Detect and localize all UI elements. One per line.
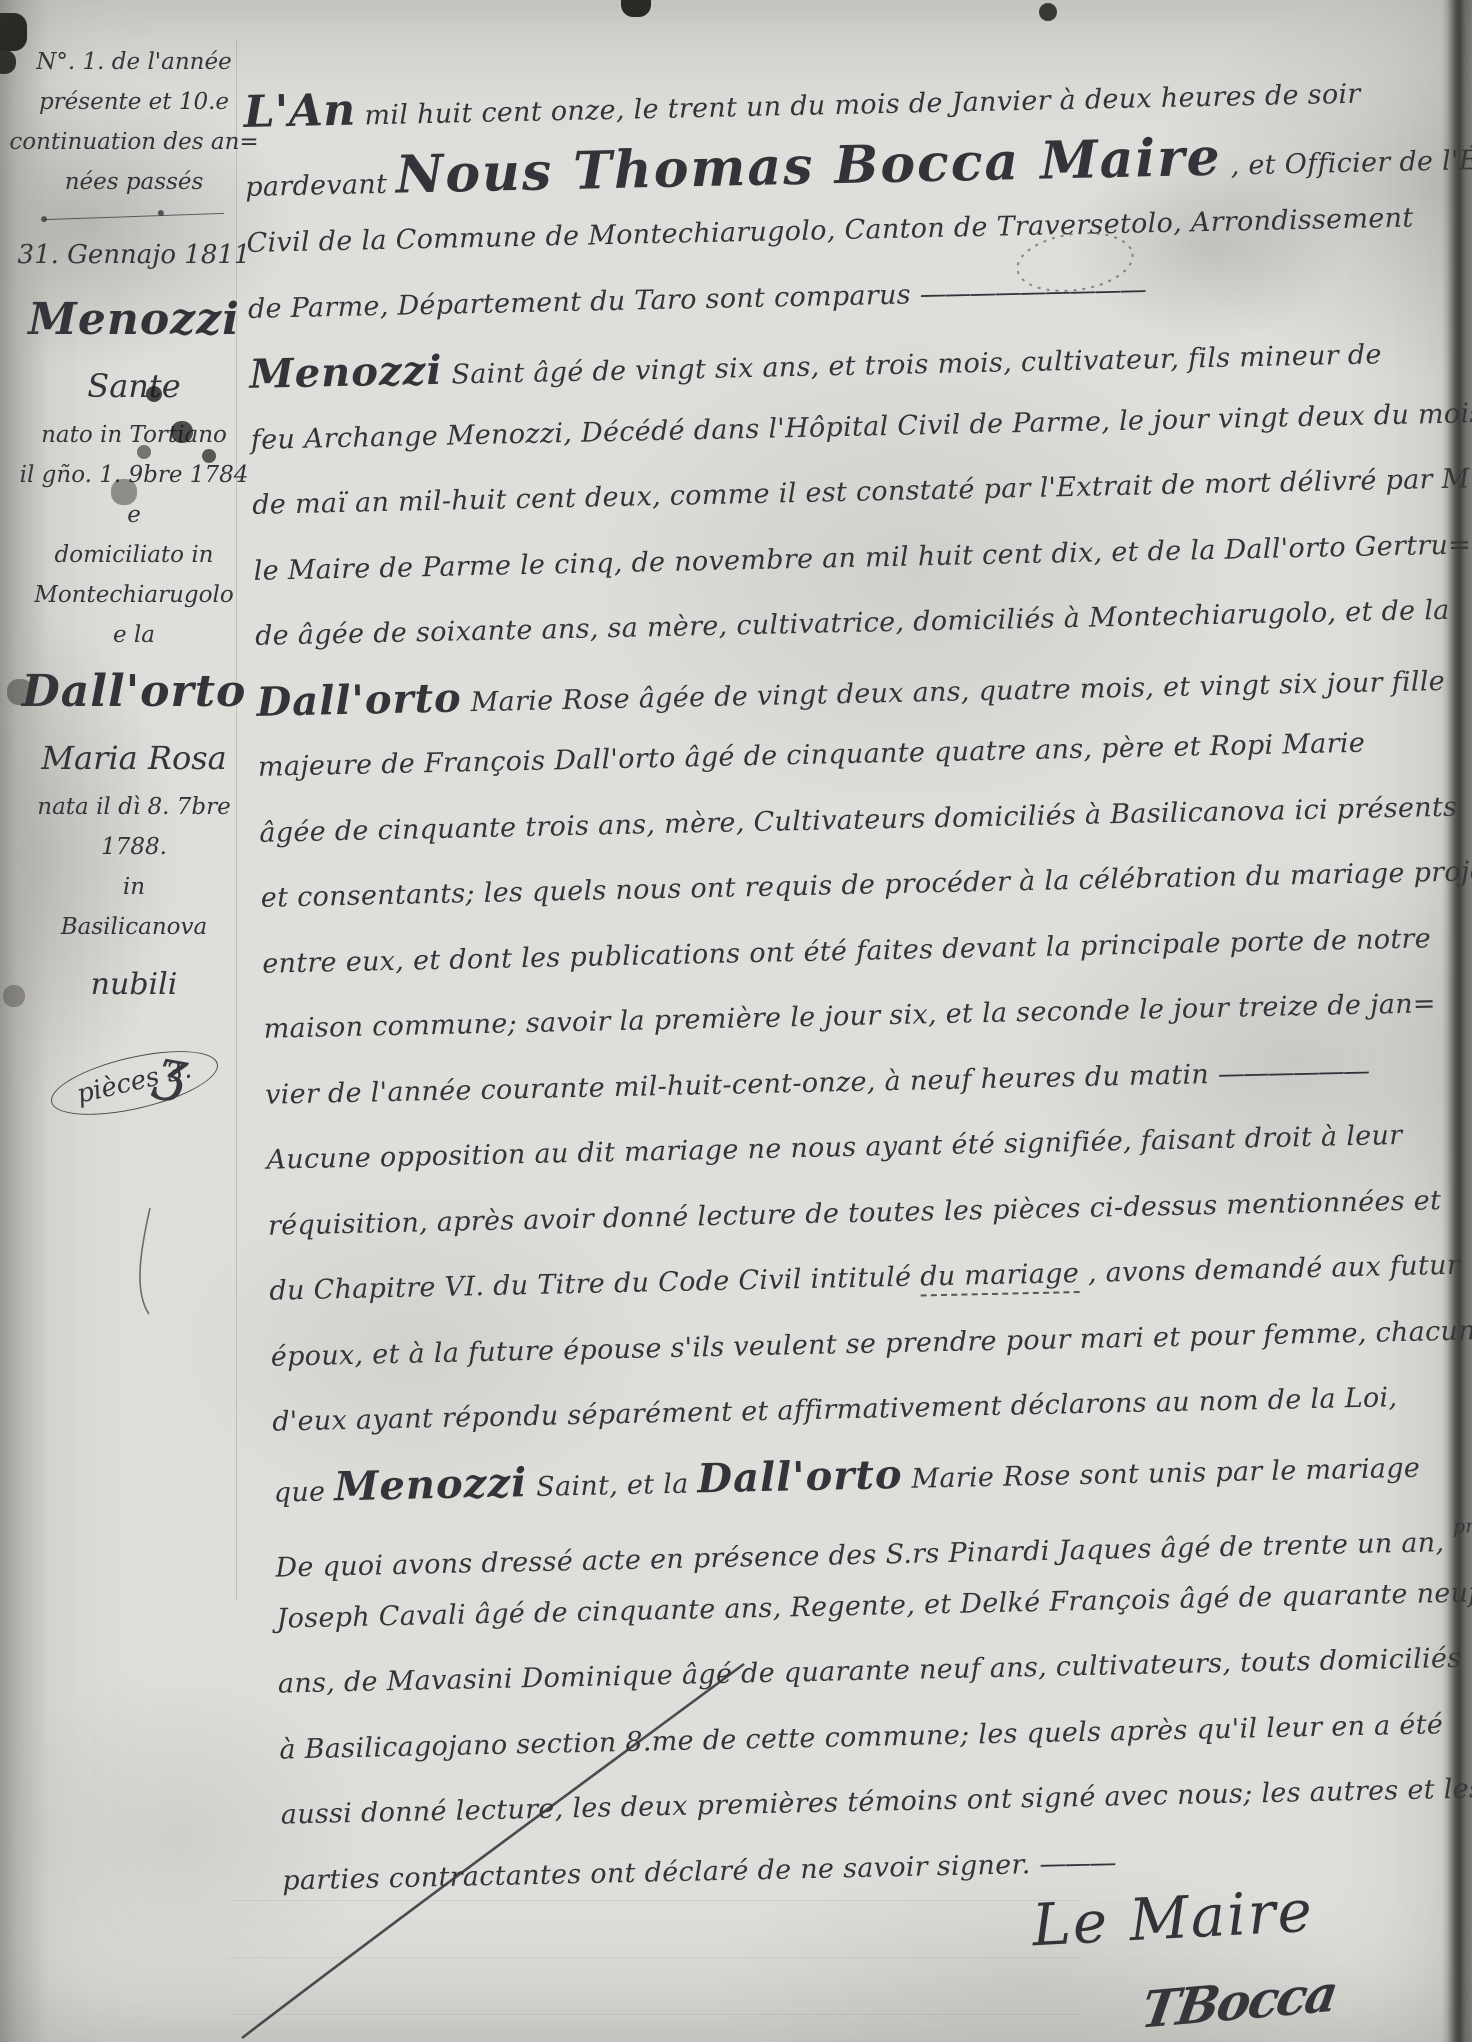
margin-note-line: il gño. 1. 9bre 1784 [20, 455, 249, 495]
margin-note-line: Dall'orto [22, 655, 247, 729]
margin-note-line: e la [113, 615, 155, 655]
signature-role: Le Maire [1030, 1877, 1315, 1960]
margin-note-line: Sante [87, 357, 180, 415]
margin-note-line: in [123, 867, 145, 907]
act-text: L'An mil huit cent onze, le trent un du … [243, 53, 1472, 1913]
margin-note-line: pièces 3. [45, 1038, 223, 1127]
margin-note-line: N°. 1. de l'année [36, 42, 231, 82]
ink-blots [0, 0, 8, 8]
oval-tail-stroke [140, 1208, 150, 1314]
margin-note-line: domiciliato in [55, 535, 214, 575]
margin-note-line: e [127, 495, 141, 535]
margin-note-line: 1788. [101, 827, 167, 867]
margin-note-line: nata il dì 8. 7bre [37, 787, 230, 827]
margin-column: N°. 1. de l'annéeprésente et 10.econtinu… [28, 42, 240, 1109]
margin-divider [44, 213, 224, 220]
faint-rule-line [230, 1957, 1080, 1958]
margin-note-line: Basilicanova [61, 907, 207, 947]
margin-note-line: nées passés [65, 162, 204, 202]
margin-note-line: présente et 10.e [39, 82, 229, 122]
margin-note-line: Menozzi [28, 283, 240, 357]
margin-note-line: Maria Rosa [41, 729, 226, 787]
margin-note-line: nubili [91, 959, 178, 1011]
margin-note-line: 31. Gennajo 1811 [18, 227, 251, 283]
signature-autograph: TBocca [1138, 1963, 1341, 2040]
scanned-marriage-record-page: N°. 1. de l'annéeprésente et 10.econtinu… [0, 0, 1472, 2042]
margin-note-line: continuation des an= [9, 122, 258, 162]
margin-note-line: Montechiarugolo [34, 575, 233, 615]
margin-note-line: nato in Tortiano [41, 415, 227, 455]
faint-rule-line [230, 2014, 1080, 2015]
